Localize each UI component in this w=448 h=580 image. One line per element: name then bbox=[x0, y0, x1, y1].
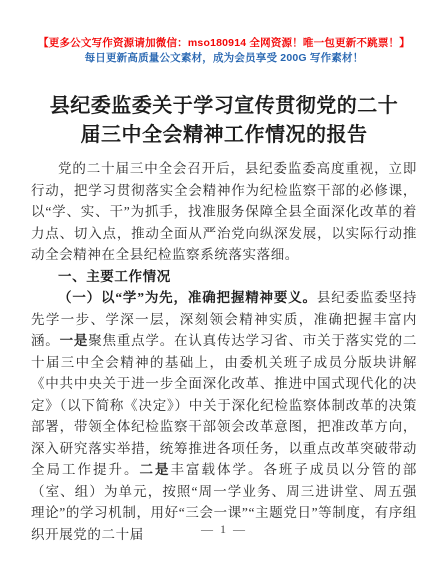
paragraph-section-1: （一）以“学”为先，准确把握精神要义。县纪委监委坚持先学一步、学深一层，深刻领会… bbox=[31, 287, 417, 545]
subsection-lead: （一）以“学”为先，准确把握精神要义。 bbox=[58, 290, 317, 305]
section-heading: 一、主要工作情况 bbox=[31, 266, 417, 288]
document-title: 县纪委监委关于学习宣传贯彻党的二十届三中全会精神工作情况的报告 bbox=[40, 92, 408, 150]
promo-banner: 【更多公文写作资源请加微信：mso180914 全网资源！唯一包更新不跳票！】 … bbox=[0, 0, 448, 66]
document-page: 【更多公文写作资源请加微信：mso180914 全网资源！唯一包更新不跳票！】 … bbox=[0, 0, 448, 580]
promo-banner-line1: 【更多公文写作资源请加微信：mso180914 全网资源！唯一包更新不跳票！】 bbox=[0, 36, 448, 51]
section-heading-text: 一、主要工作情况 bbox=[58, 269, 171, 284]
body-text-segment: 聚焦重点学。在认真传达学习省、市关于落实党的二十届三中全会精神的基础上，由委机关… bbox=[31, 333, 417, 477]
emphasis-marker-second: 二是 bbox=[139, 462, 170, 477]
paragraph-intro: 党的二十届三中全会召开后，县纪委监委高度重视，立即行动，把学习贯彻落实全会精神作… bbox=[31, 158, 417, 266]
promo-banner-line2: 每日更新高质量公文素材，成为会员享受 200G 写作素材！ bbox=[0, 51, 448, 66]
body-text-segment: 党的二十届三中全会召开后，县纪委监委高度重视，立即行动，把学习贯彻落实全会精神作… bbox=[31, 161, 417, 262]
page-number: — 1 — bbox=[0, 522, 448, 537]
emphasis-marker-first: 一是 bbox=[60, 333, 89, 348]
document-body: 党的二十届三中全会召开后，县纪委监委高度重视，立即行动，把学习贯彻落实全会精神作… bbox=[31, 158, 417, 545]
